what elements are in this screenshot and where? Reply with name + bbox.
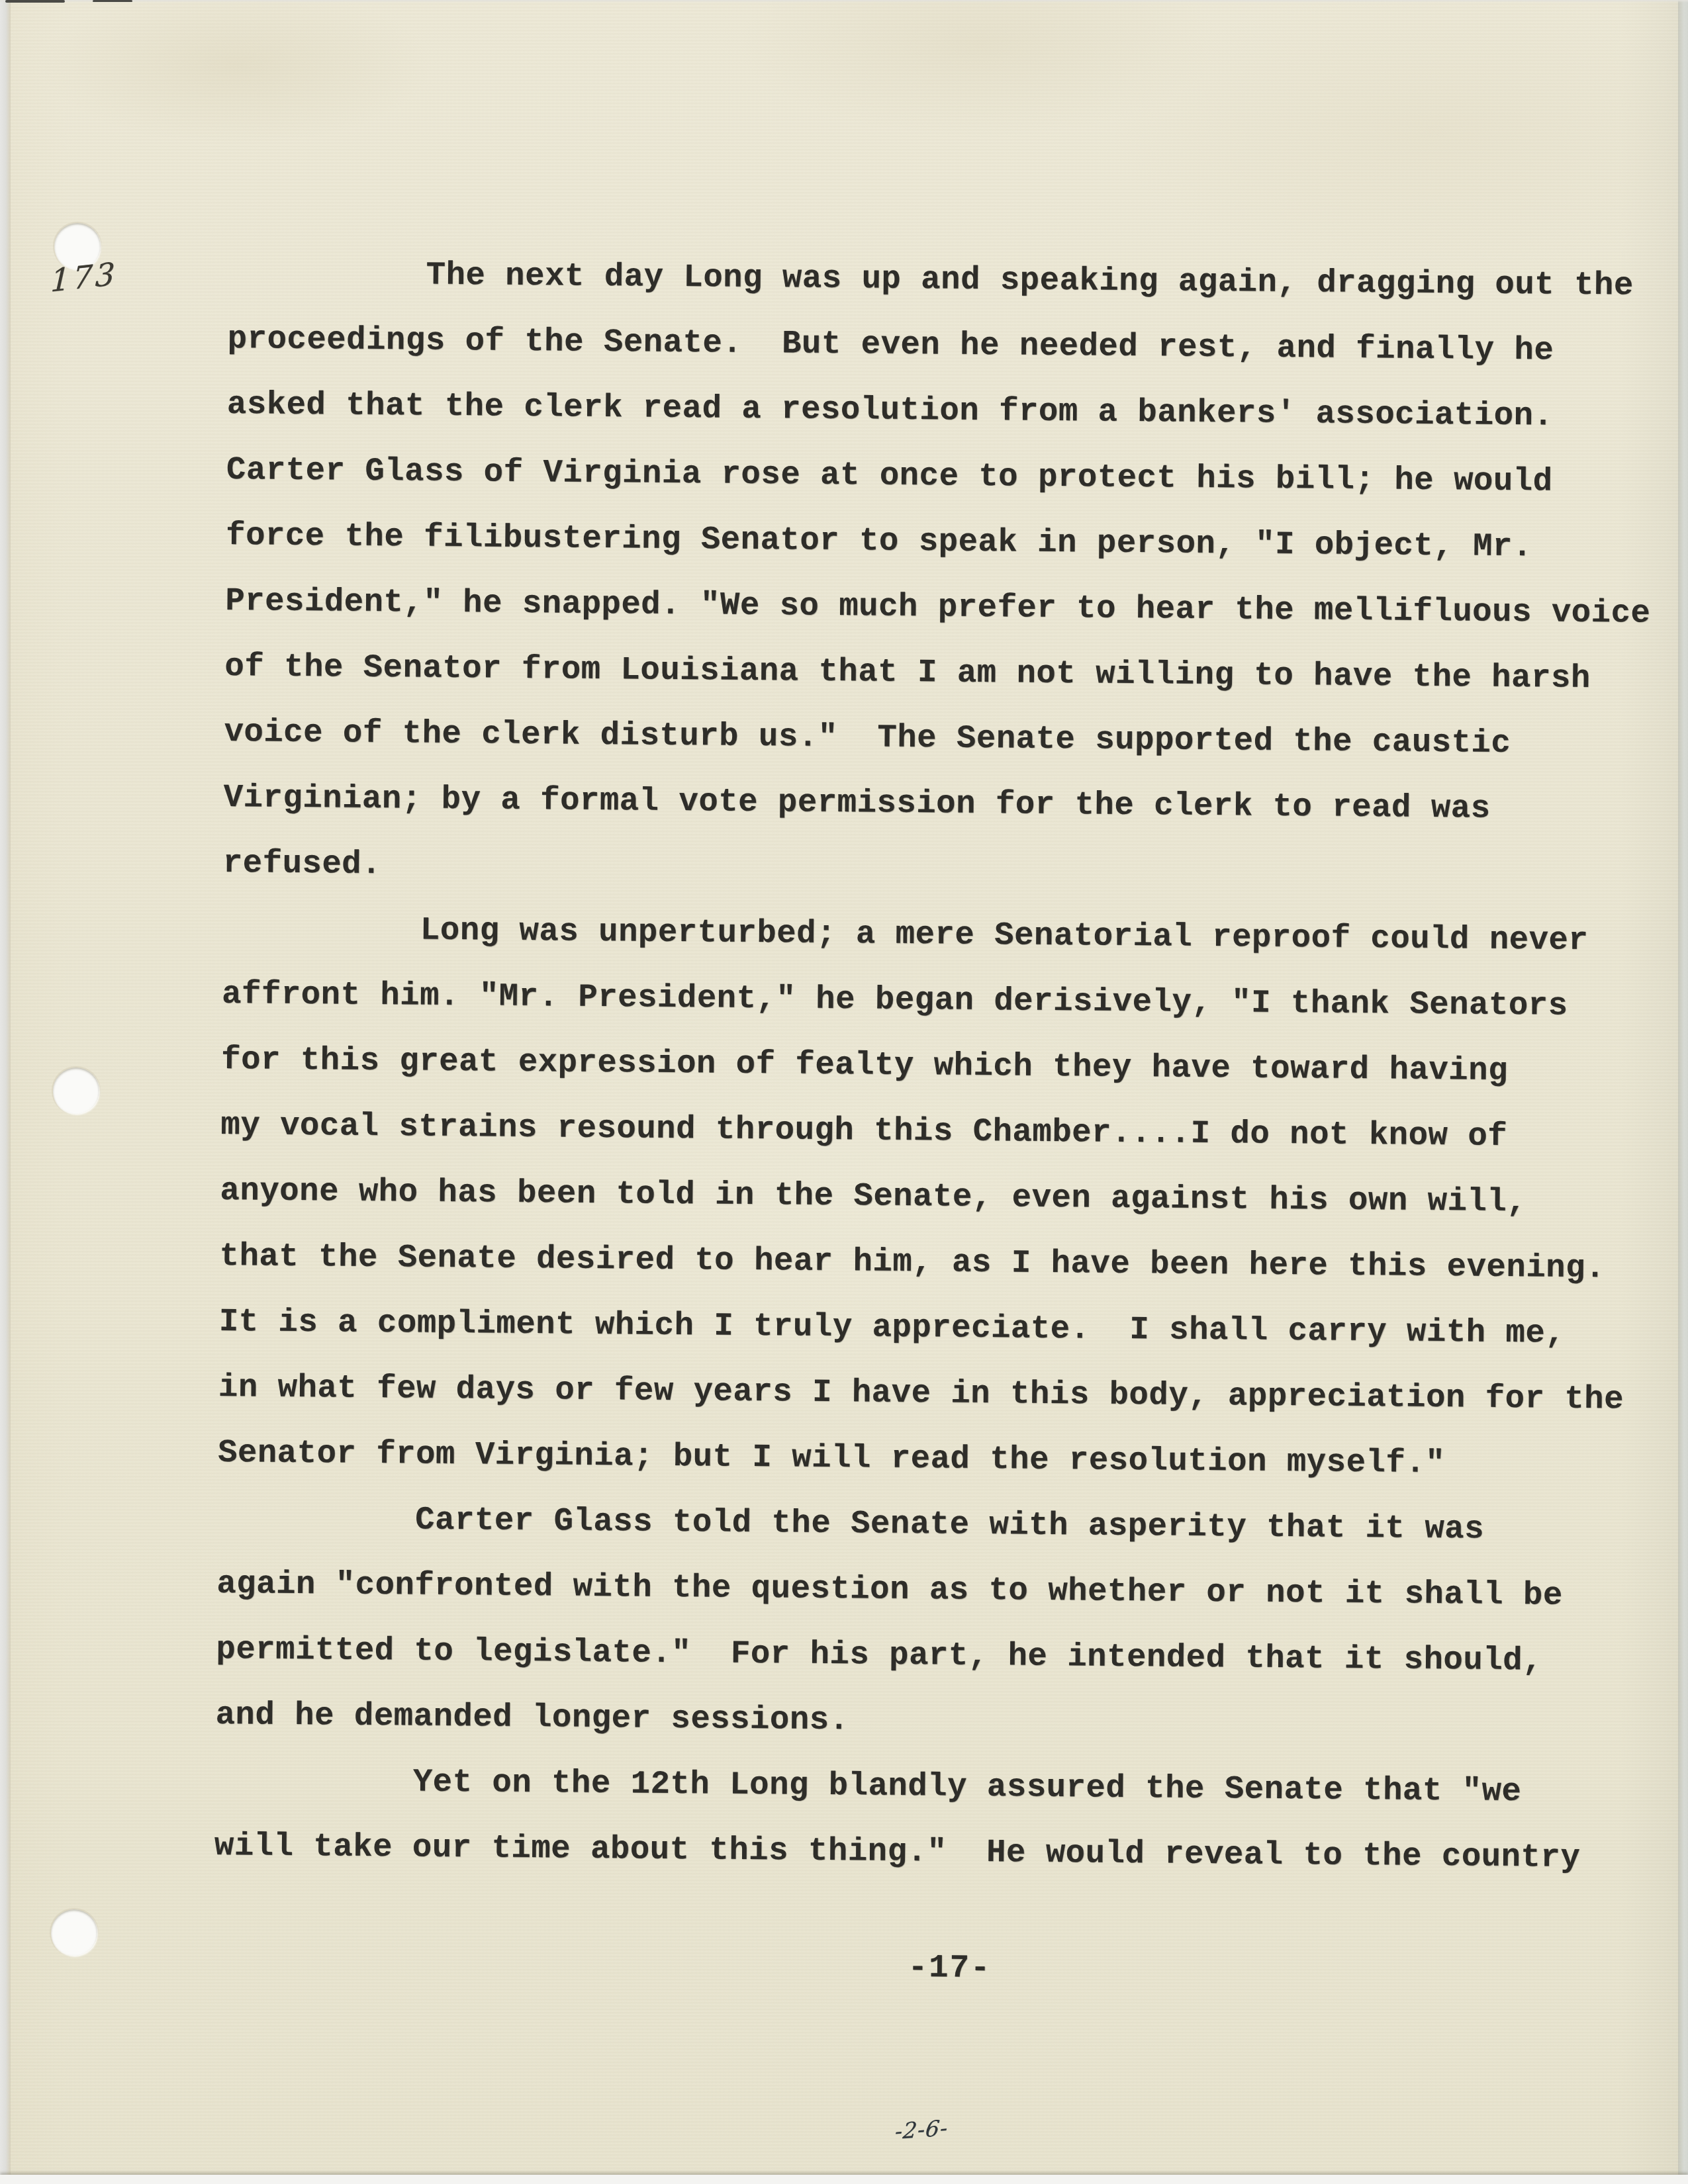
typed-line: anyone who has been told in the Senate, … xyxy=(220,1158,1664,1236)
scan-edge-right xyxy=(1678,0,1688,2184)
handwritten-page-number: 173 xyxy=(50,255,118,299)
scanned-page: 173 The next day Long was up and speakin… xyxy=(0,0,1688,2184)
typed-line: asked that the clerk read a resolution f… xyxy=(226,372,1670,450)
typed-line: refused. xyxy=(222,831,1666,909)
typed-line: Yet on the 12th Long blandly assured the… xyxy=(214,1748,1658,1826)
typed-line: for this great expression of fealty whic… xyxy=(221,1027,1665,1105)
scan-edge-bottom xyxy=(0,2175,1688,2184)
typed-line: Virginian; by a formal vote permission f… xyxy=(223,765,1667,843)
typed-page-number: -17- xyxy=(228,1929,1671,2007)
typed-line: that the Senate desired to hear him, as … xyxy=(219,1224,1663,1302)
scan-edge-top xyxy=(0,0,1688,3)
typed-line: affront him. "Mr. President," he began d… xyxy=(222,962,1665,1040)
hole-punch xyxy=(51,1909,97,1956)
typed-line: permitted to legislate." For his part, h… xyxy=(216,1617,1660,1695)
typed-line: Senator from Virginia; but I will read t… xyxy=(218,1420,1662,1498)
typed-line: my vocal strains resound through this Ch… xyxy=(220,1093,1664,1171)
typed-line: Carter Glass of Virginia rose at once to… xyxy=(226,437,1670,516)
typed-text-block: The next day Long was up and speaking ag… xyxy=(214,241,1671,1891)
typed-line: of the Senator from Louisiana that I am … xyxy=(224,634,1668,712)
typed-line: force the filibustering Senator to speak… xyxy=(226,503,1669,581)
typed-line: Long was unperturbed; a mere Senatorial … xyxy=(222,896,1665,974)
scan-edge-left xyxy=(0,0,11,2184)
typed-line: proceedings of the Senate. But even he n… xyxy=(227,306,1671,385)
typed-line: in what few days or few years I have in … xyxy=(218,1355,1662,1433)
typed-line: The next day Long was up and speaking ag… xyxy=(228,241,1671,319)
handwritten-bottom-mark: -2-6- xyxy=(894,2115,949,2144)
scan-artifact-speck xyxy=(93,0,132,2)
typed-line: Carter Glass told the Senate with asperi… xyxy=(217,1486,1661,1564)
typed-line: and he demanded longer sessions. xyxy=(215,1682,1659,1760)
typed-line: It is a compliment which I truly appreci… xyxy=(218,1289,1662,1367)
typed-line: voice of the clerk disturb us." The Sena… xyxy=(224,700,1667,778)
typed-line: President," he snapped. "We so much pref… xyxy=(225,569,1669,647)
typed-line: will take our time about this thing." He… xyxy=(214,1813,1658,1891)
hole-punch xyxy=(53,1068,99,1114)
typed-line: again "confronted with the question as t… xyxy=(216,1551,1660,1629)
scan-artifact-speck xyxy=(5,0,65,3)
